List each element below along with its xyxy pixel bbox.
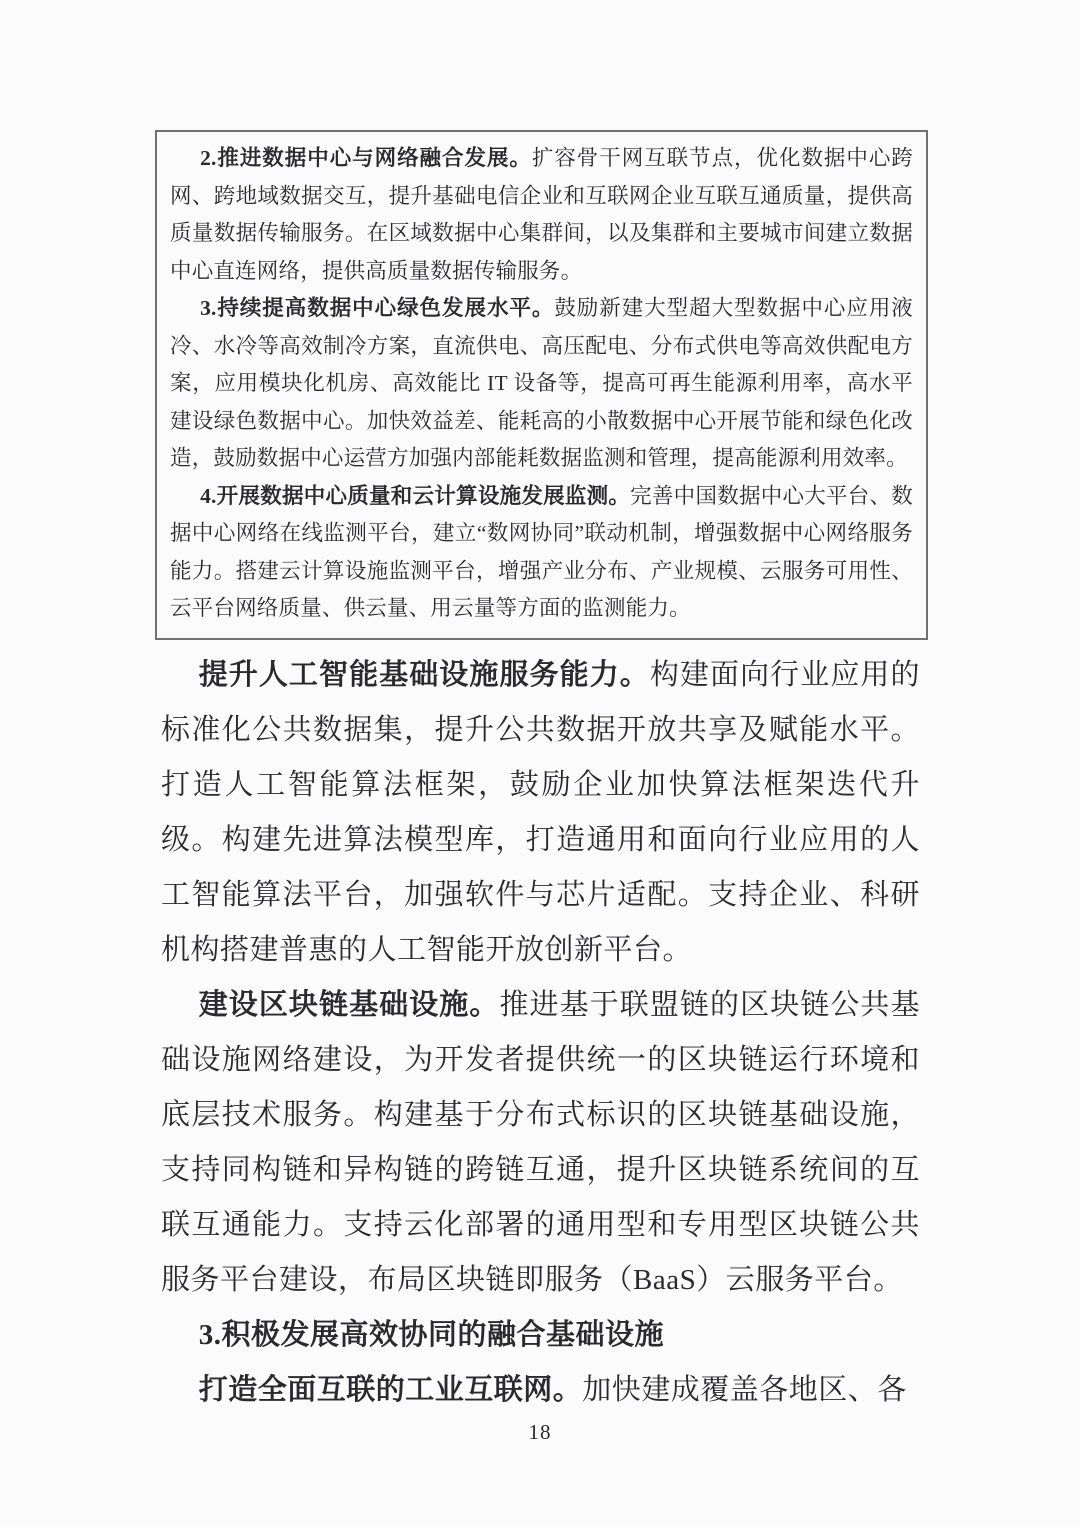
body-paragraph: 建设区块链基础设施。推进基于联盟链的区块链公共基础设施网络建设，为开发者提供统一…	[161, 978, 920, 1308]
body-paragraph: 提升人工智能基础设施服务能力。构建面向行业应用的标准化公共数据集，提升公共数据开…	[161, 648, 920, 978]
section-heading: 3.积极发展高效协同的融合基础设施	[161, 1308, 920, 1363]
box-paragraph: 3.持续提高数据中心绿色发展水平。鼓励新建大型超大型数据中心应用液冷、水冷等高效…	[170, 290, 913, 478]
document-page: 2.推进数据中心与网络融合发展。扩容骨干网互联节点，优化数据中心跨网、跨地域数据…	[0, 0, 1080, 1527]
paragraph-text: 加快建成覆盖各地区、各	[582, 1374, 907, 1406]
paragraph-text: 推进基于联盟链的区块链公共基础设施网络建设，为开发者提供统一的区块链运行环境和底…	[161, 989, 920, 1296]
paragraph-lead: 4.开展数据中心质量和云计算设施发展监测。	[200, 484, 630, 508]
highlight-box: 2.推进数据中心与网络融合发展。扩容骨干网互联节点，优化数据中心跨网、跨地域数据…	[155, 130, 928, 640]
paragraph-lead: 打造全面互联的工业互联网。	[199, 1374, 583, 1406]
paragraph-lead: 建设区块链基础设施。	[199, 989, 500, 1021]
box-paragraph: 2.推进数据中心与网络融合发展。扩容骨干网互联节点，优化数据中心跨网、跨地域数据…	[170, 140, 913, 290]
box-paragraph: 4.开展数据中心质量和云计算设施发展监测。完善中国数据中心大平台、数据中心网络在…	[170, 478, 913, 628]
paragraph-lead: 2.推进数据中心与网络融合发展。	[200, 146, 532, 170]
paragraph-lead: 3.持续提高数据中心绿色发展水平。	[200, 296, 554, 320]
main-text: 提升人工智能基础设施服务能力。构建面向行业应用的标准化公共数据集，提升公共数据开…	[161, 648, 920, 1418]
body-paragraph: 打造全面互联的工业互联网。加快建成覆盖各地区、各	[161, 1363, 920, 1418]
page-number: 18	[0, 1420, 1080, 1445]
paragraph-text: 构建面向行业应用的标准化公共数据集，提升公共数据开放共享及赋能水平。打造人工智能…	[161, 659, 920, 966]
paragraph-lead: 提升人工智能基础设施服务能力。	[199, 659, 650, 691]
paragraph-text: 鼓励新建大型超大型数据中心应用液冷、水冷等高效制冷方案，直流供电、高压配电、分布…	[170, 296, 913, 470]
